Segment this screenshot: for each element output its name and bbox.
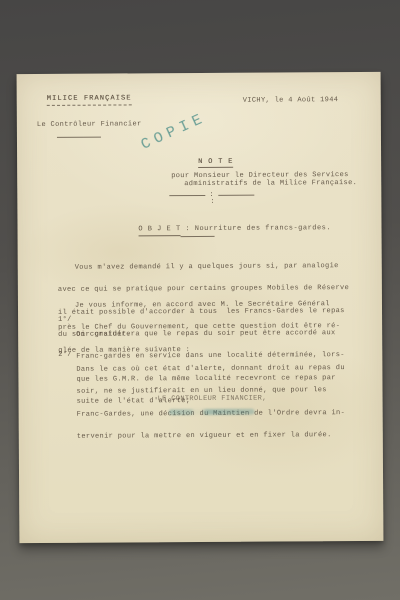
closing-title: LE CONTROLEUR FINANCIER, <box>158 396 267 404</box>
item-2-marker: 2°/ <box>58 352 72 360</box>
separator-colon-bottom: : <box>210 199 215 206</box>
objet-line: O B J E T : Nourriture des francs-gardes… <box>119 218 331 242</box>
separator-left-rule <box>169 195 205 196</box>
paragraph-1-line: Vous m'avez demandé il y a quelques jour… <box>58 263 349 272</box>
objet-label: O B J E T <box>138 226 180 237</box>
objet-text: : Nourriture des francs-gardes. <box>181 225 331 234</box>
separator-right-rule <box>218 195 254 196</box>
objet-underline <box>181 236 215 237</box>
paragraph-2-line: Je vous informe, en accord avec M. le Se… <box>58 301 340 310</box>
copy-stamp: COPIE <box>129 105 218 158</box>
sender-title: Le Contrôleur Financier <box>37 121 142 129</box>
place-date: VICHY, le 4 Août 1944 <box>243 97 339 105</box>
item-2-line: Dans le cas où cet état d'alerte, donnan… <box>76 365 345 374</box>
note-title: N O T E <box>198 159 233 169</box>
item-2-line: tervenir pour la mettre en vigueur et en… <box>77 432 346 441</box>
item-1-marker: 1°/ <box>58 317 72 325</box>
org-name: MILICE FRANÇAISE <box>47 95 132 105</box>
item-1-line: On considérera que le repas du soir peut… <box>76 330 345 339</box>
sender-title-underline <box>57 137 101 138</box>
document-paper: MILICE FRANÇAISE VICHY, le 4 Août 1944 L… <box>17 72 384 543</box>
addressee-line-2: administratifs de la Milice Française. <box>184 180 357 189</box>
signature-stamp <box>169 409 255 416</box>
